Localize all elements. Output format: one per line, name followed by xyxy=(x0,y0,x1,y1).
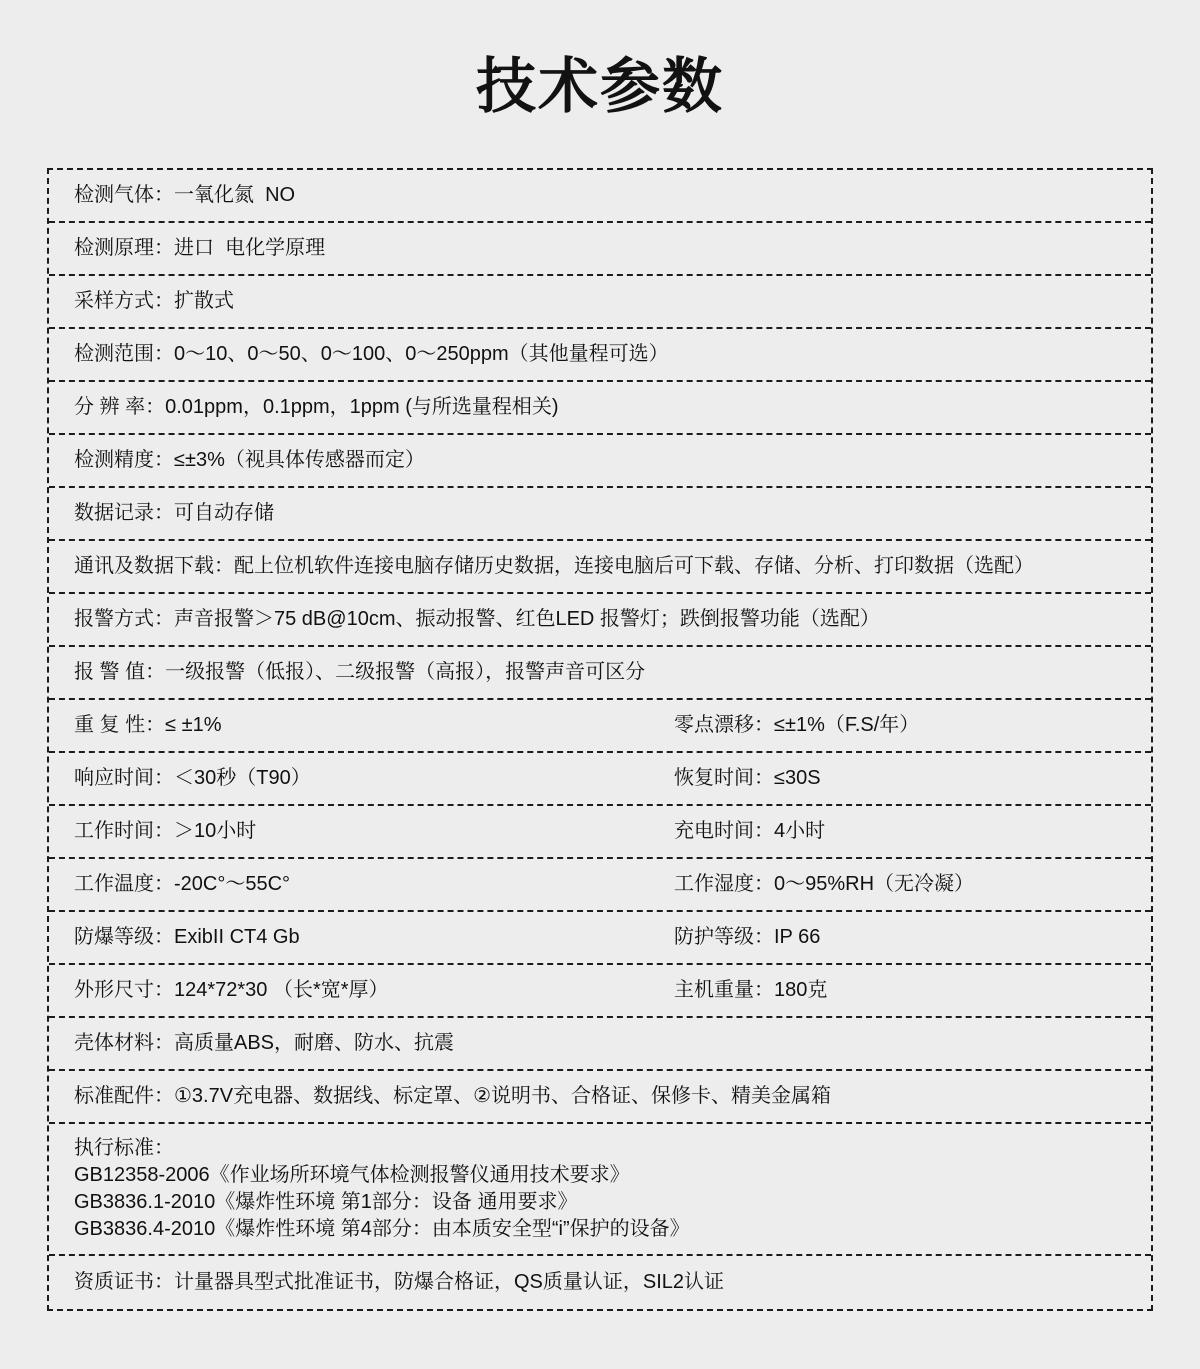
spec-row: 执行标准：GB12358-2006《作业场所环境气体检测报警仪通用技术要求》GB… xyxy=(49,1124,1151,1256)
spec-text: 分 辨 率：0.01ppm，0.1ppm，1ppm (与所选量程相关) xyxy=(74,394,559,421)
spec-text-left: 防爆等级：ExibII CT4 Gb xyxy=(74,924,674,951)
spec-text: 报 警 值：一级报警（低报）、二级报警（高报），报警声音可区分 xyxy=(74,659,645,686)
spec-text-right: 主机重量：180克 xyxy=(674,977,1139,1004)
spec-text-right: 充电时间：4小时 xyxy=(674,818,1139,845)
spec-text-left: 外形尺寸：124*72*30 （长*宽*厚） xyxy=(74,977,674,1004)
spec-row: 防爆等级：ExibII CT4 Gb防护等级：IP 66 xyxy=(49,912,1151,965)
page-title: 技术参数 xyxy=(0,52,1200,122)
spec-text-left: 响应时间：＜30秒（T90） xyxy=(74,765,674,792)
spec-text-left: 工作温度：-20C°～55C° xyxy=(74,871,674,898)
spec-text-left: 工作时间：＞10小时 xyxy=(74,818,674,845)
spec-line: GB3836.1-2010《爆炸性环境 第1部分：设备 通用要求》 xyxy=(74,1189,1139,1216)
spec-row: 工作时间：＞10小时充电时间：4小时 xyxy=(49,806,1151,859)
spec-row: 检测原理：进口 电化学原理 xyxy=(49,223,1151,276)
spec-row: 数据记录：可自动存储 xyxy=(49,488,1151,541)
spec-text-right: 工作湿度：0～95%RH（无冷凝） xyxy=(674,871,1139,898)
spec-text: 检测精度：≤±3%（视具体传感器而定） xyxy=(74,447,425,474)
spec-table: 检测气体：一氧化氮 NO检测原理：进口 电化学原理采样方式：扩散式检测范围：0～… xyxy=(47,168,1153,1311)
spec-line: GB3836.4-2010《爆炸性环境 第4部分：由本质安全型“i”保护的设备》 xyxy=(74,1216,1139,1243)
spec-row: 资质证书：计量器具型式批准证书，防爆合格证，QS质量认证，SIL2认证 xyxy=(49,1256,1151,1309)
spec-text-right: 防护等级：IP 66 xyxy=(674,924,1139,951)
spec-text: 壳体材料：高质量ABS，耐磨、防水、抗震 xyxy=(74,1030,454,1057)
spec-row: 工作温度：-20C°～55C°工作湿度：0～95%RH（无冷凝） xyxy=(49,859,1151,912)
spec-text-right: 零点漂移：≤±1%（F.S/年） xyxy=(674,712,1139,739)
spec-row: 响应时间：＜30秒（T90）恢复时间：≤30S xyxy=(49,753,1151,806)
spec-text: 资质证书：计量器具型式批准证书，防爆合格证，QS质量认证，SIL2认证 xyxy=(74,1269,724,1296)
spec-line: 执行标准： xyxy=(74,1135,1139,1162)
spec-text: 标准配件：①3.7V充电器、数据线、标定罩、②说明书、合格证、保修卡、精美金属箱 xyxy=(74,1083,831,1110)
spec-text-right: 恢复时间：≤30S xyxy=(674,765,1139,792)
spec-text: 检测气体：一氧化氮 NO xyxy=(74,182,295,209)
spec-row: 检测范围：0～10、0～50、0～100、0～250ppm（其他量程可选） xyxy=(49,329,1151,382)
spec-row: 分 辨 率：0.01ppm，0.1ppm，1ppm (与所选量程相关) xyxy=(49,382,1151,435)
spec-row: 检测气体：一氧化氮 NO xyxy=(49,170,1151,223)
spec-text: 检测原理：进口 电化学原理 xyxy=(74,235,325,262)
spec-row: 报 警 值：一级报警（低报）、二级报警（高报），报警声音可区分 xyxy=(49,647,1151,700)
spec-row: 采样方式：扩散式 xyxy=(49,276,1151,329)
spec-text: 数据记录：可自动存储 xyxy=(74,500,274,527)
spec-text: 采样方式：扩散式 xyxy=(74,288,234,315)
spec-row: 重 复 性：≤ ±1%零点漂移：≤±1%（F.S/年） xyxy=(49,700,1151,753)
spec-line: GB12358-2006《作业场所环境气体检测报警仪通用技术要求》 xyxy=(74,1162,1139,1189)
spec-row: 标准配件：①3.7V充电器、数据线、标定罩、②说明书、合格证、保修卡、精美金属箱 xyxy=(49,1071,1151,1124)
spec-text: 检测范围：0～10、0～50、0～100、0～250ppm（其他量程可选） xyxy=(74,341,669,368)
spec-text: 报警方式：声音报警＞75 dB@10cm、振动报警、红色LED 报警灯；跌倒报警… xyxy=(74,606,880,633)
spec-text-left: 重 复 性：≤ ±1% xyxy=(74,712,674,739)
spec-row: 外形尺寸：124*72*30 （长*宽*厚）主机重量：180克 xyxy=(49,965,1151,1018)
spec-row: 报警方式：声音报警＞75 dB@10cm、振动报警、红色LED 报警灯；跌倒报警… xyxy=(49,594,1151,647)
spec-row: 检测精度：≤±3%（视具体传感器而定） xyxy=(49,435,1151,488)
page: { "page": { "title": "技术参数" }, "colors":… xyxy=(0,0,1200,1369)
spec-text: 通讯及数据下载：配上位机软件连接电脑存储历史数据，连接电脑后可下载、存储、分析、… xyxy=(74,553,1034,580)
spec-row: 壳体材料：高质量ABS，耐磨、防水、抗震 xyxy=(49,1018,1151,1071)
spec-row: 通讯及数据下载：配上位机软件连接电脑存储历史数据，连接电脑后可下载、存储、分析、… xyxy=(49,541,1151,594)
